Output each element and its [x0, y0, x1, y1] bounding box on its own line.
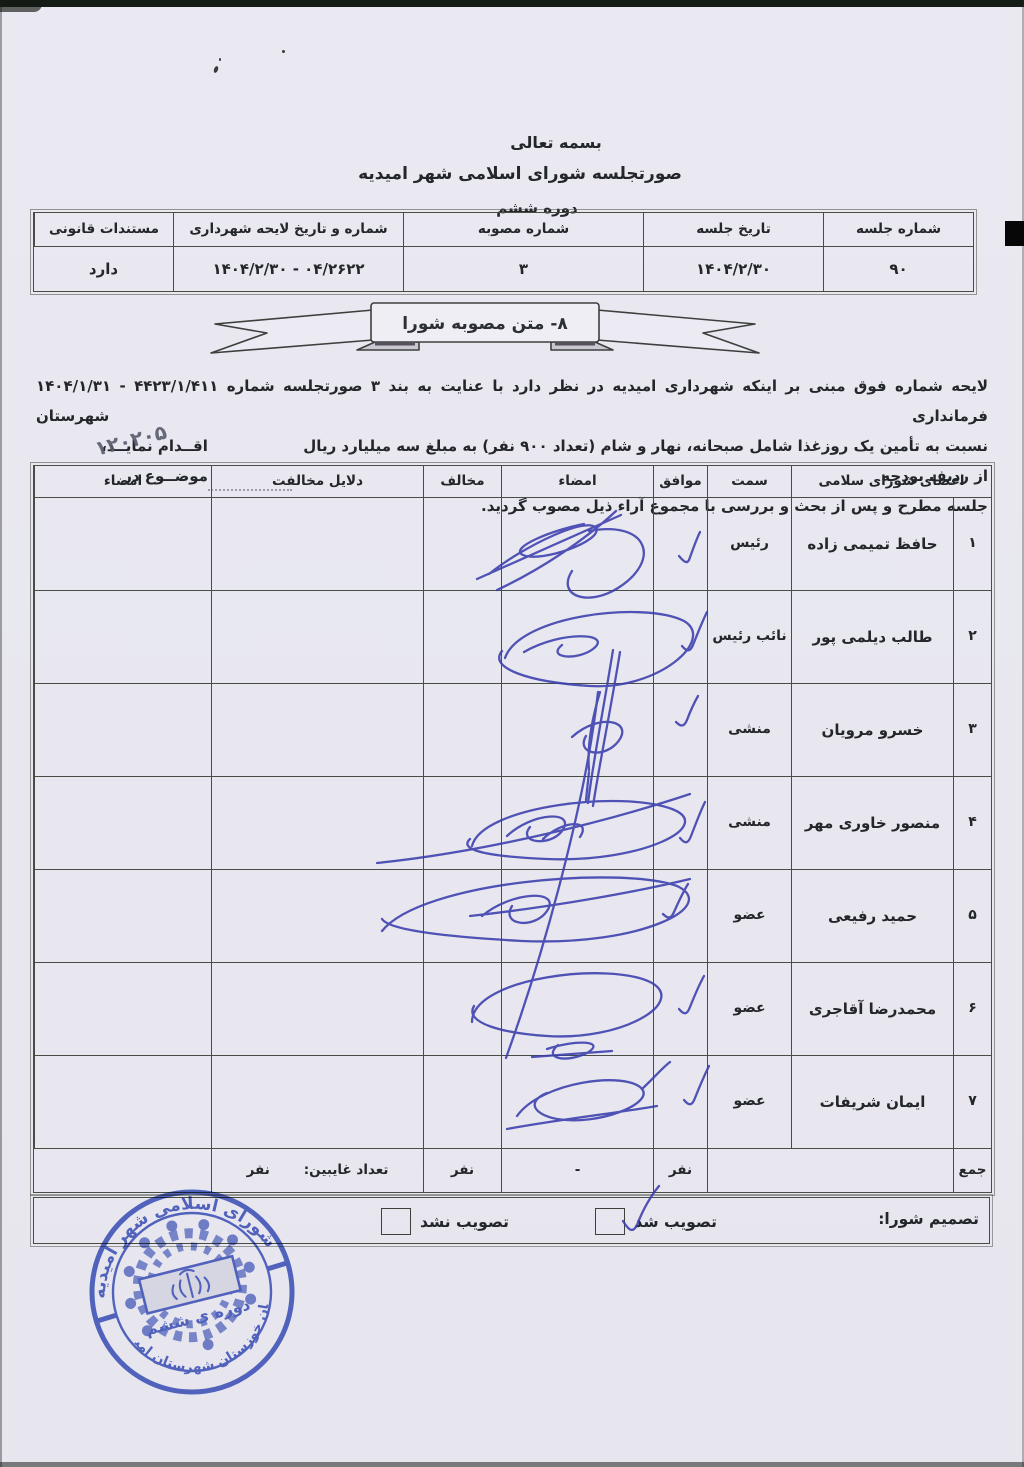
sum-signature2-cell: [34, 1149, 211, 1192]
signature2-cell: [34, 963, 211, 1056]
signature-cell: [501, 684, 653, 777]
decision-approved-option: تصویب شد: [595, 1208, 717, 1235]
sum-disagree-unit: نفر: [423, 1149, 501, 1192]
sum-empty-cell: [707, 1149, 953, 1192]
disagree-cell: [423, 498, 501, 591]
resolution-number-value: ۳: [403, 247, 643, 291]
member-name: خسرو مرویان: [791, 684, 953, 777]
member-name: حمید رفیعی: [791, 870, 953, 963]
signature-header: امضاء: [501, 466, 653, 498]
agree-cell: [653, 684, 707, 777]
row-number: ۳: [953, 684, 991, 777]
signature-cell: [501, 777, 653, 870]
agree-cell: [653, 870, 707, 963]
bill-number-date-value: ۰۴/۲۶۲۲ - ۱۴۰۴/۲/۳۰: [173, 247, 403, 291]
approved-checkbox[interactable]: [595, 1208, 625, 1235]
signature-cell: [501, 498, 653, 591]
signature-cell: [501, 870, 653, 963]
meeting-date-value: ۱۴۰۴/۲/۳۰: [643, 247, 823, 291]
disagree-reasons-header: دلایل مخالفت: [211, 466, 423, 498]
disagree-reasons-cell: [211, 777, 423, 870]
scan-black-chip: [1005, 221, 1024, 246]
signature2-header: امضاء: [34, 466, 211, 498]
disagree-cell: [423, 591, 501, 684]
disagree-cell: [423, 1056, 501, 1149]
member-name: حافظ تمیمی زاده: [791, 498, 953, 591]
signature-cell: [501, 591, 653, 684]
decision-label: تصمیم شورا:: [878, 1210, 979, 1228]
ink-speck: [219, 58, 221, 61]
absent-label: تعداد غایبین:: [304, 1162, 389, 1179]
section-banner-ribbon: ۸- متن مصوبه شورا: [205, 298, 765, 362]
legal-docs-label: مستندات قانونی: [34, 213, 173, 247]
row-number: ۷: [953, 1056, 991, 1149]
page-title: صورتجلسه شورای اسلامی شهر امیدیه: [358, 164, 682, 184]
sum-label: جمع: [953, 1149, 991, 1192]
decision-not-approved-option: تصویب نشد: [381, 1208, 509, 1235]
meeting-number-value: ۹۰: [823, 247, 973, 291]
scan-edge-top: [0, 0, 1024, 7]
row-number: ۶: [953, 963, 991, 1056]
resolution-line-1: لایحه شماره فوق مبنی بر اینکه شهرداری ام…: [36, 371, 988, 431]
member-position: عضو: [707, 870, 791, 963]
ink-speck: [213, 66, 219, 74]
meeting-info-table: شماره جلسه تاریخ جلسه شماره مصوبه شماره …: [33, 212, 974, 292]
member-position: منشی: [707, 684, 791, 777]
sum-absent-cell: تعداد غایبین: نفر: [211, 1149, 423, 1192]
council-decision-bar: تصمیم شورا: تصویب شد تصویب نشد: [33, 1197, 990, 1244]
agree-header: موافق: [653, 466, 707, 498]
resolution-number-label: شماره مصوبه: [403, 213, 643, 247]
signature-cell: [501, 963, 653, 1056]
row-number: ۵: [953, 870, 991, 963]
disagree-reasons-cell: [211, 591, 423, 684]
vote-table: اعضای شورای سلامی سمت موافق امضاء مخالف …: [33, 465, 992, 1193]
scan-edge-bottom: [0, 1462, 1024, 1467]
agree-cell: [653, 963, 707, 1056]
signature2-cell: [34, 591, 211, 684]
members-header: اعضای شورای سلامی: [791, 466, 991, 498]
member-position: نائب رئیس: [707, 591, 791, 684]
member-position: عضو: [707, 963, 791, 1056]
sum-signature-dash: -: [501, 1149, 653, 1192]
bill-number-date-label: شماره و تاریخ لایحه شهرداری: [173, 213, 403, 247]
signature2-cell: [34, 684, 211, 777]
meeting-number-label: شماره جلسه: [823, 213, 973, 247]
position-header: سمت: [707, 466, 791, 498]
disagree-cell: [423, 870, 501, 963]
agree-cell: [653, 591, 707, 684]
member-position: منشی: [707, 777, 791, 870]
disagree-cell: [423, 777, 501, 870]
disagree-reasons-cell: [211, 870, 423, 963]
member-name: محمدرضا آقاجری: [791, 963, 953, 1056]
scanned-document-page: بسمه تعالی صورتجلسه شورای اسلامی شهر امی…: [0, 0, 1024, 1467]
disagree-cell: [423, 963, 501, 1056]
agree-cell: [653, 498, 707, 591]
disagree-reasons-cell: [211, 684, 423, 777]
signature2-cell: [34, 1056, 211, 1149]
member-name: طالب دیلمی پور: [791, 591, 953, 684]
member-name: ایمان شریفات: [791, 1056, 953, 1149]
ribbon-right-tail: [597, 310, 759, 353]
agree-cell: [653, 1056, 707, 1149]
scan-edge-left: [0, 0, 2, 1467]
row-number: ۱: [953, 498, 991, 591]
signature-cell: [501, 1056, 653, 1149]
approved-label: تصویب شد: [634, 1213, 717, 1231]
not-approved-label: تصویب نشد: [420, 1213, 509, 1231]
disagree-reasons-cell: [211, 498, 423, 591]
member-position: عضو: [707, 1056, 791, 1149]
sum-agree-unit: نفر: [653, 1149, 707, 1192]
signature2-cell: [34, 498, 211, 591]
disagree-header: مخالف: [423, 466, 501, 498]
row-number: ۴: [953, 777, 991, 870]
stamp-center-banner: [139, 1256, 241, 1313]
signature2-cell: [34, 777, 211, 870]
ink-speck: [282, 50, 285, 53]
member-name: منصور خاوری مهر: [791, 777, 953, 870]
row-number: ۲: [953, 591, 991, 684]
agree-cell: [653, 777, 707, 870]
bismillah-text: بسمه تعالی: [510, 133, 602, 152]
disagree-reasons-cell: [211, 1056, 423, 1149]
iran-emblem-icon: [168, 1266, 211, 1302]
signature2-cell: [34, 870, 211, 963]
banner-title: ۸- متن مصوبه شورا: [402, 314, 568, 334]
disagree-reasons-cell: [211, 963, 423, 1056]
meeting-date-label: تاریخ جلسه: [643, 213, 823, 247]
member-position: رئیس: [707, 498, 791, 591]
legal-docs-value: دارد: [34, 247, 173, 291]
absent-unit: نفر: [247, 1162, 270, 1179]
scan-corner-blot: [0, 0, 42, 12]
ribbon-left-tail: [211, 310, 373, 353]
not-approved-checkbox[interactable]: [381, 1208, 411, 1235]
disagree-cell: [423, 684, 501, 777]
stamp-center-text: دوره ی ششم: [144, 1295, 253, 1339]
